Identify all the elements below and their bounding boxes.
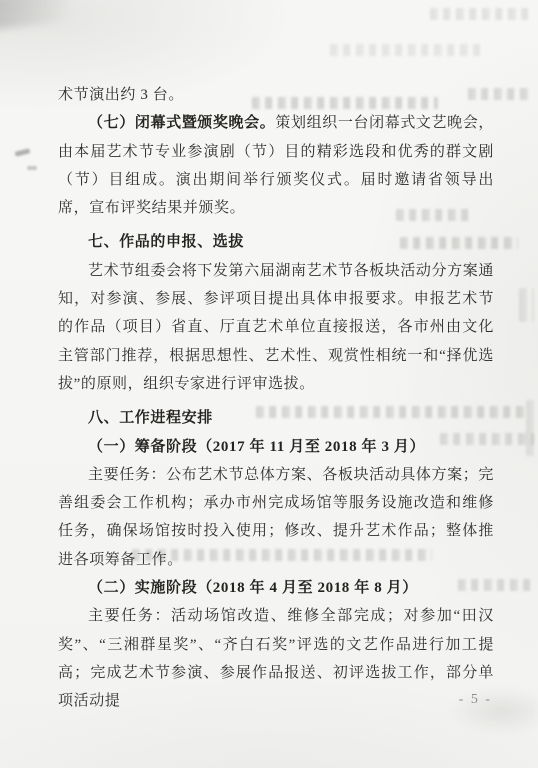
scanned-document-page: 术节演出约 3 台。 （七）闭幕式暨颁奖晚会。策划组织一台闭幕式文艺晚会，由本届… xyxy=(0,0,538,768)
bleedthrough-mark xyxy=(519,288,534,322)
section-heading-8: 八、工作进程安排 xyxy=(58,404,494,432)
bleedthrough-mark xyxy=(526,400,536,456)
scan-corner-smudge xyxy=(0,0,109,30)
bleedthrough-mark xyxy=(430,8,530,20)
body-paragraph: 主要任务：公布艺术节总体方案、各板块活动具体方案；完善组委会工作机构；承办市州完… xyxy=(58,461,494,574)
subsection-heading-2: （二）实施阶段（2018 年 4 月至 2018 年 8 月） xyxy=(58,574,494,602)
bleedthrough-mark xyxy=(330,44,480,56)
body-paragraph: 主要任务：活动场馆改造、维修全部完成；对参加“田汉奖”、“三湘群星奖”、“齐白石… xyxy=(58,602,494,715)
margin-mark xyxy=(27,166,37,170)
margin-mark xyxy=(15,148,31,156)
body-paragraph: 艺术节组委会将下发第六届湖南艺术节各板块活动分方案通知，对参演、参展、参评项目提… xyxy=(58,257,494,398)
page-number: - 5 - xyxy=(459,692,492,708)
body-paragraph: 术节演出约 3 台。 xyxy=(58,81,494,109)
document-body: 术节演出约 3 台。 （七）闭幕式暨颁奖晚会。策划组织一台闭幕式文艺晚会，由本届… xyxy=(58,81,494,716)
subsection-heading-1: （一）筹备阶段（2017 年 11 月至 2018 年 3 月） xyxy=(58,433,494,461)
section-heading-7: 七、作品的申报、选拔 xyxy=(58,228,494,256)
inline-heading: （七）闭幕式暨颁奖晚会。 xyxy=(88,115,275,131)
body-paragraph: （七）闭幕式暨颁奖晚会。策划组织一台闭幕式文艺晚会，由本届艺术节专业参演剧（节）… xyxy=(58,109,494,222)
